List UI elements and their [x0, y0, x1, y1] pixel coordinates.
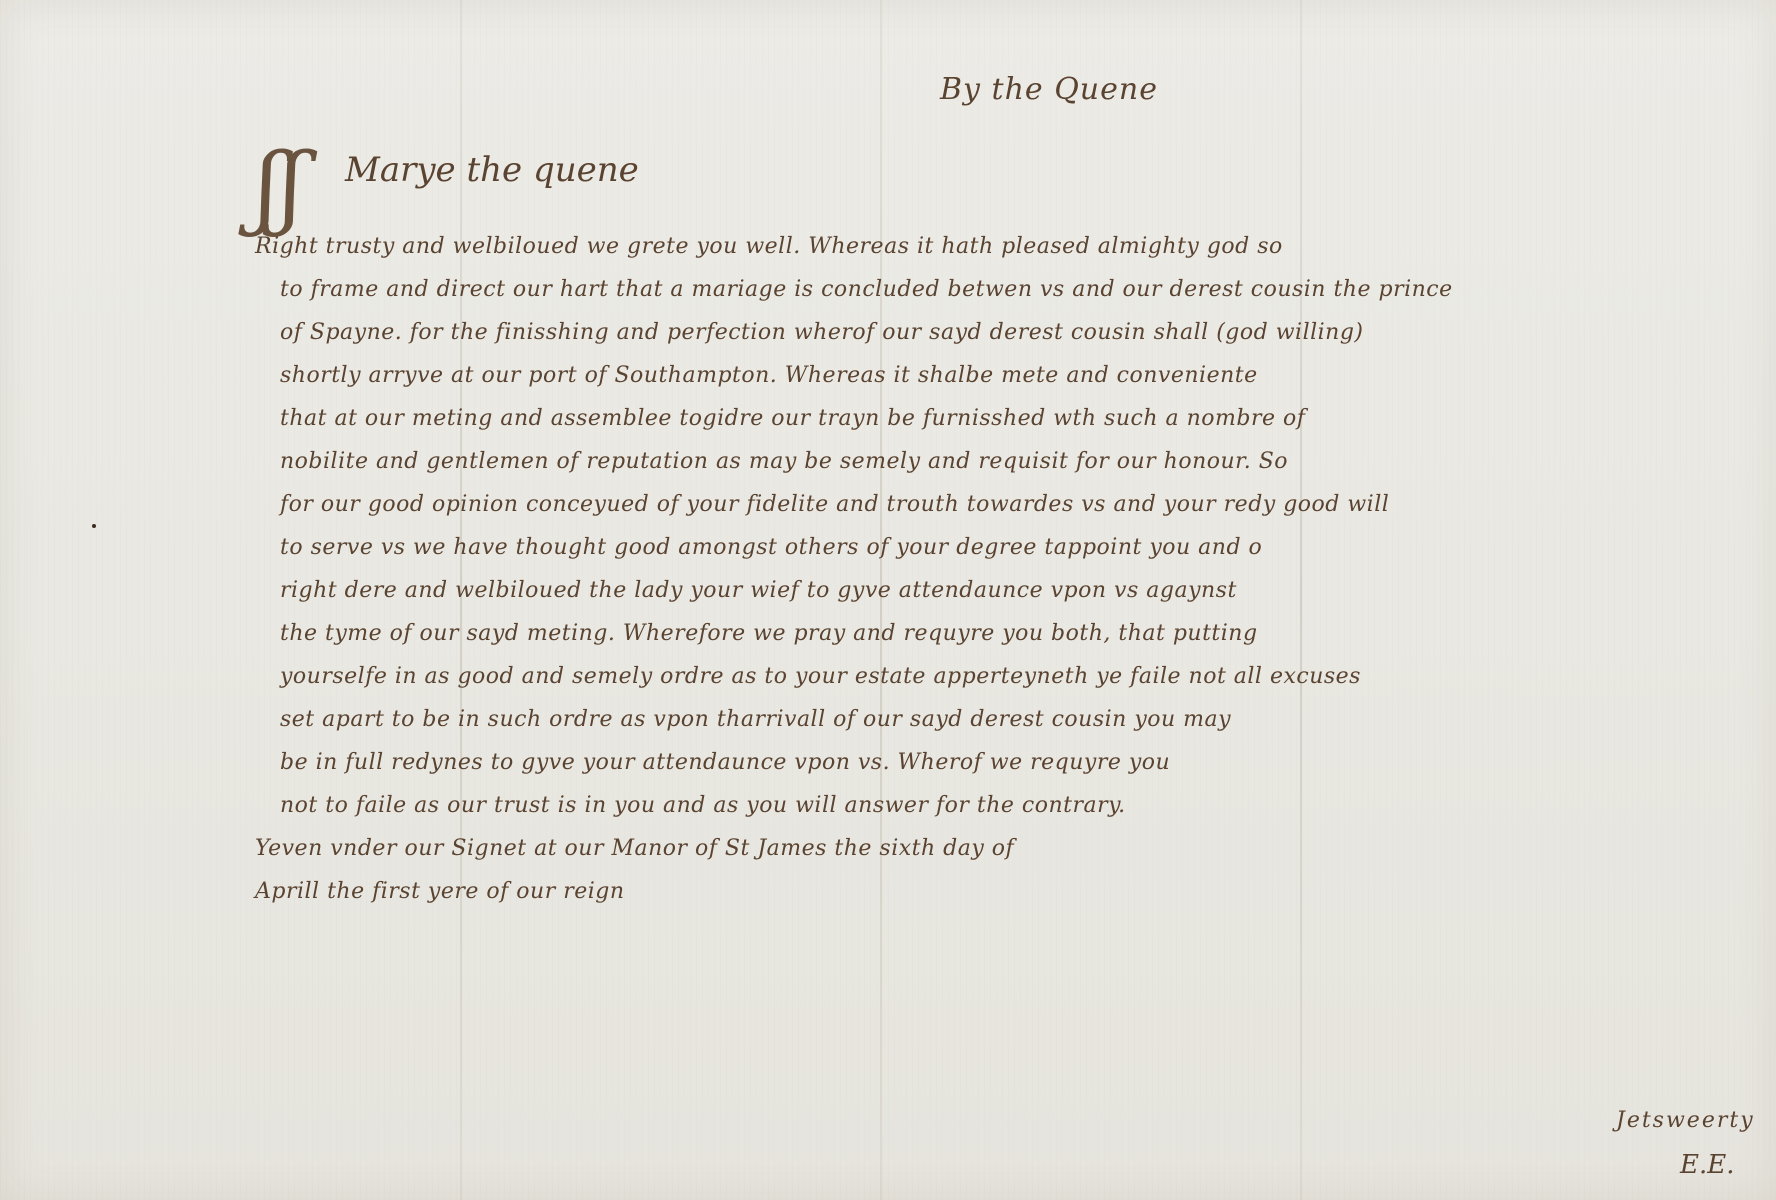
body-line: the tyme of our sayd meting. Wherefore w… — [255, 612, 1695, 655]
body-line: Yeven vnder our Signet at our Manor of S… — [255, 827, 1695, 870]
secretary-mark: E.E. — [1680, 1150, 1735, 1180]
body-line: right dere and welbiloued the lady your … — [255, 569, 1695, 612]
body-line: to frame and direct our hart that a mari… — [255, 268, 1695, 311]
body-line: to serve vs we have thought good amongst… — [255, 526, 1695, 569]
body-line: be in full redynes to gyve your attendau… — [255, 741, 1695, 784]
body-line: Right trusty and welbiloued we grete you… — [255, 225, 1695, 268]
intitulation: Marye the quene — [345, 150, 639, 190]
secretary-subscription: Jetsweerty — [1616, 1108, 1755, 1133]
body-line: not to faile as our trust is in you and … — [255, 784, 1695, 827]
manuscript-sheet: By the Quene ʃʃ Marye the quene Right tr… — [0, 0, 1776, 1200]
body-line: Aprill the first yere of our reign — [255, 870, 1695, 913]
body-line: for our good opinion conceyued of your f… — [255, 483, 1695, 526]
body-line: that at our meting and assemblee togidre… — [255, 397, 1695, 440]
letter-body: Right trusty and welbiloued we grete you… — [255, 225, 1695, 913]
body-line: set apart to be in such ordre as vpon th… — [255, 698, 1695, 741]
ink-speck — [92, 524, 96, 528]
superscription: By the Quene — [940, 72, 1158, 107]
body-line: yourselfe in as good and semely ordre as… — [255, 655, 1695, 698]
body-line: nobilite and gentlemen of reputation as … — [255, 440, 1695, 483]
body-line: shortly arryve at our port of Southampto… — [255, 354, 1695, 397]
decorative-initial: ʃʃ — [255, 142, 304, 232]
body-line: of Spayne. for the finisshing and perfec… — [255, 311, 1695, 354]
